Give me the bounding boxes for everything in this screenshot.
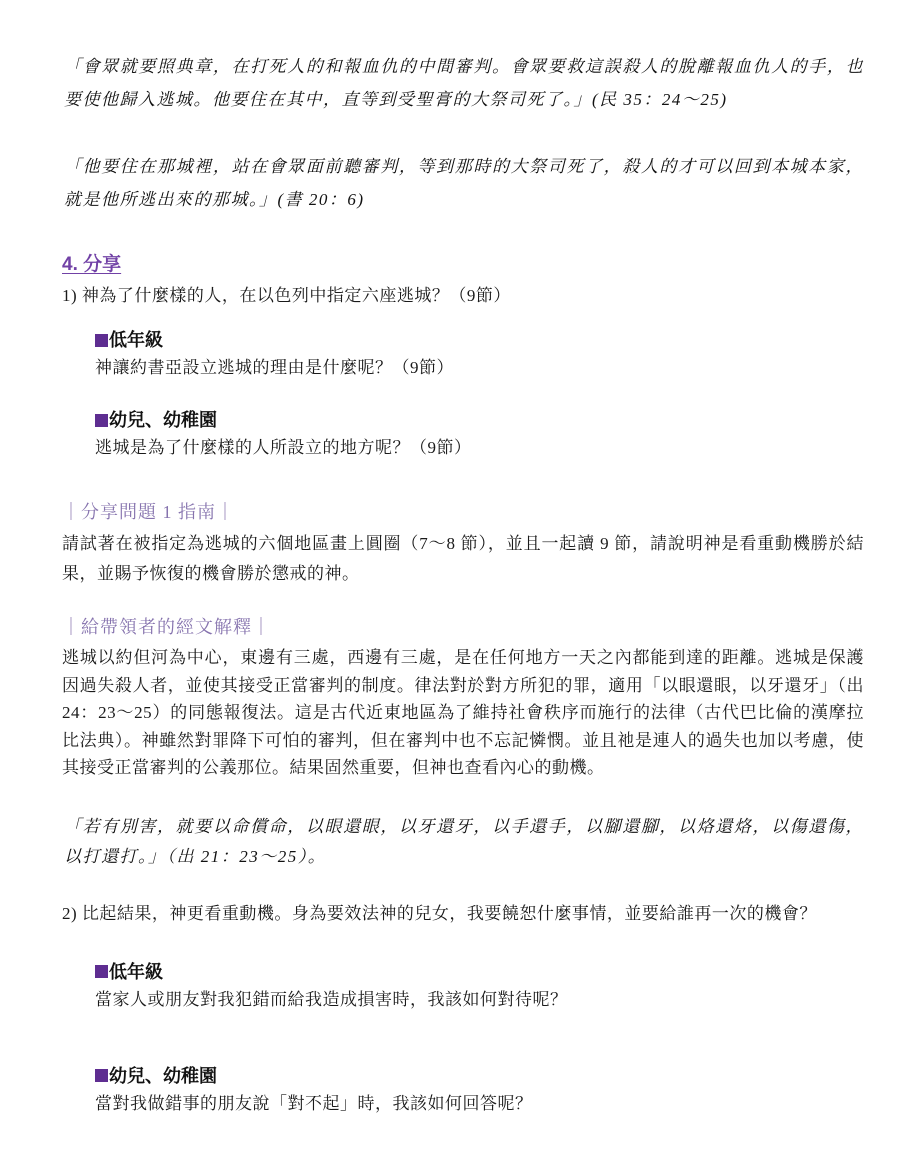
age-group-label: 低年級 [95, 328, 864, 352]
sub-question: 當對我做錯事的朋友說「對不起」時，我該如何回答呢？ [95, 1090, 864, 1118]
scripture-quote-numbers-35: 「會眾就要照典章，在打死人的和報血仇的中間審判。會眾要救這誤殺人的脫離報血仇人的… [64, 50, 864, 116]
age-group-label-text: 低年級 [109, 960, 163, 984]
age-group-label-text: 低年級 [109, 328, 163, 352]
scripture-quote-joshua-20: 「他要住在那城裡，站在會眾面前聽審判，等到那時的大祭司死了，殺人的才可以回到本城… [64, 150, 864, 216]
age-group-label: 幼兒、幼稚園 [95, 1064, 864, 1088]
sub-question: 神讓約書亞設立逃城的理由是什麼呢？（9節） [95, 354, 864, 382]
section-heading-share: 4. 分享 [62, 254, 864, 276]
square-bullet-icon [95, 414, 108, 427]
age-group-block-kindergarten-2: 幼兒、幼稚園 當對我做錯事的朋友說「對不起」時，我該如何回答呢？ [95, 1064, 864, 1118]
age-group-block-kindergarten-1: 幼兒、幼稚園 逃城是為了什麼樣的人所設立的地方呢？（9節） [95, 408, 864, 462]
leader-note-title: ｜給帶領者的經文解釋｜ [62, 615, 864, 639]
square-bullet-icon [95, 1069, 108, 1082]
section-heading-text: 4. 分享 [62, 254, 121, 275]
age-group-block-lower-grade-2: 低年級 當家人或朋友對我犯錯而給我造成損害時，我該如何對待呢？ [95, 960, 864, 1014]
square-bullet-icon [95, 965, 108, 978]
share-question-1: 1) 神為了什麼樣的人，在以色列中指定六座逃城？（9節） [62, 282, 864, 310]
age-group-block-lower-grade-1: 低年級 神讓約書亞設立逃城的理由是什麼呢？（9節） [95, 328, 864, 382]
guide-body-question-1: 請試著在被指定為逃城的六個地區畫上圓圈（7～8 節），並且一起讀 9 節，請說明… [62, 529, 864, 589]
scripture-quote-exodus-21: 「若有別害，就要以命償命，以眼還眼，以牙還牙，以手還手，以腳還腳，以烙還烙，以傷… [64, 812, 864, 872]
sub-question: 逃城是為了什麼樣的人所設立的地方呢？（9節） [95, 434, 864, 462]
sub-question: 當家人或朋友對我犯錯而給我造成損害時，我該如何對待呢？ [95, 986, 864, 1014]
leader-note-body: 逃城以約但河為中心，東邊有三處，西邊有三處，是在任何地方一天之內都能到達的距離。… [62, 644, 864, 782]
square-bullet-icon [95, 334, 108, 347]
share-question-2: 2) 比起結果，神更看重動機。身為要效法神的兒女，我要饒恕什麼事情，並要給誰再一… [62, 900, 864, 928]
age-group-label-text: 幼兒、幼稚園 [109, 408, 217, 432]
document-page: 「會眾就要照典章，在打死人的和報血仇的中間審判。會眾要救這誤殺人的脫離報血仇人的… [0, 0, 920, 1156]
age-group-label: 幼兒、幼稚園 [95, 408, 864, 432]
age-group-label-text: 幼兒、幼稚園 [109, 1064, 217, 1088]
guide-title-question-1: ｜分享問題 1 指南｜ [62, 500, 864, 524]
age-group-label: 低年級 [95, 960, 864, 984]
